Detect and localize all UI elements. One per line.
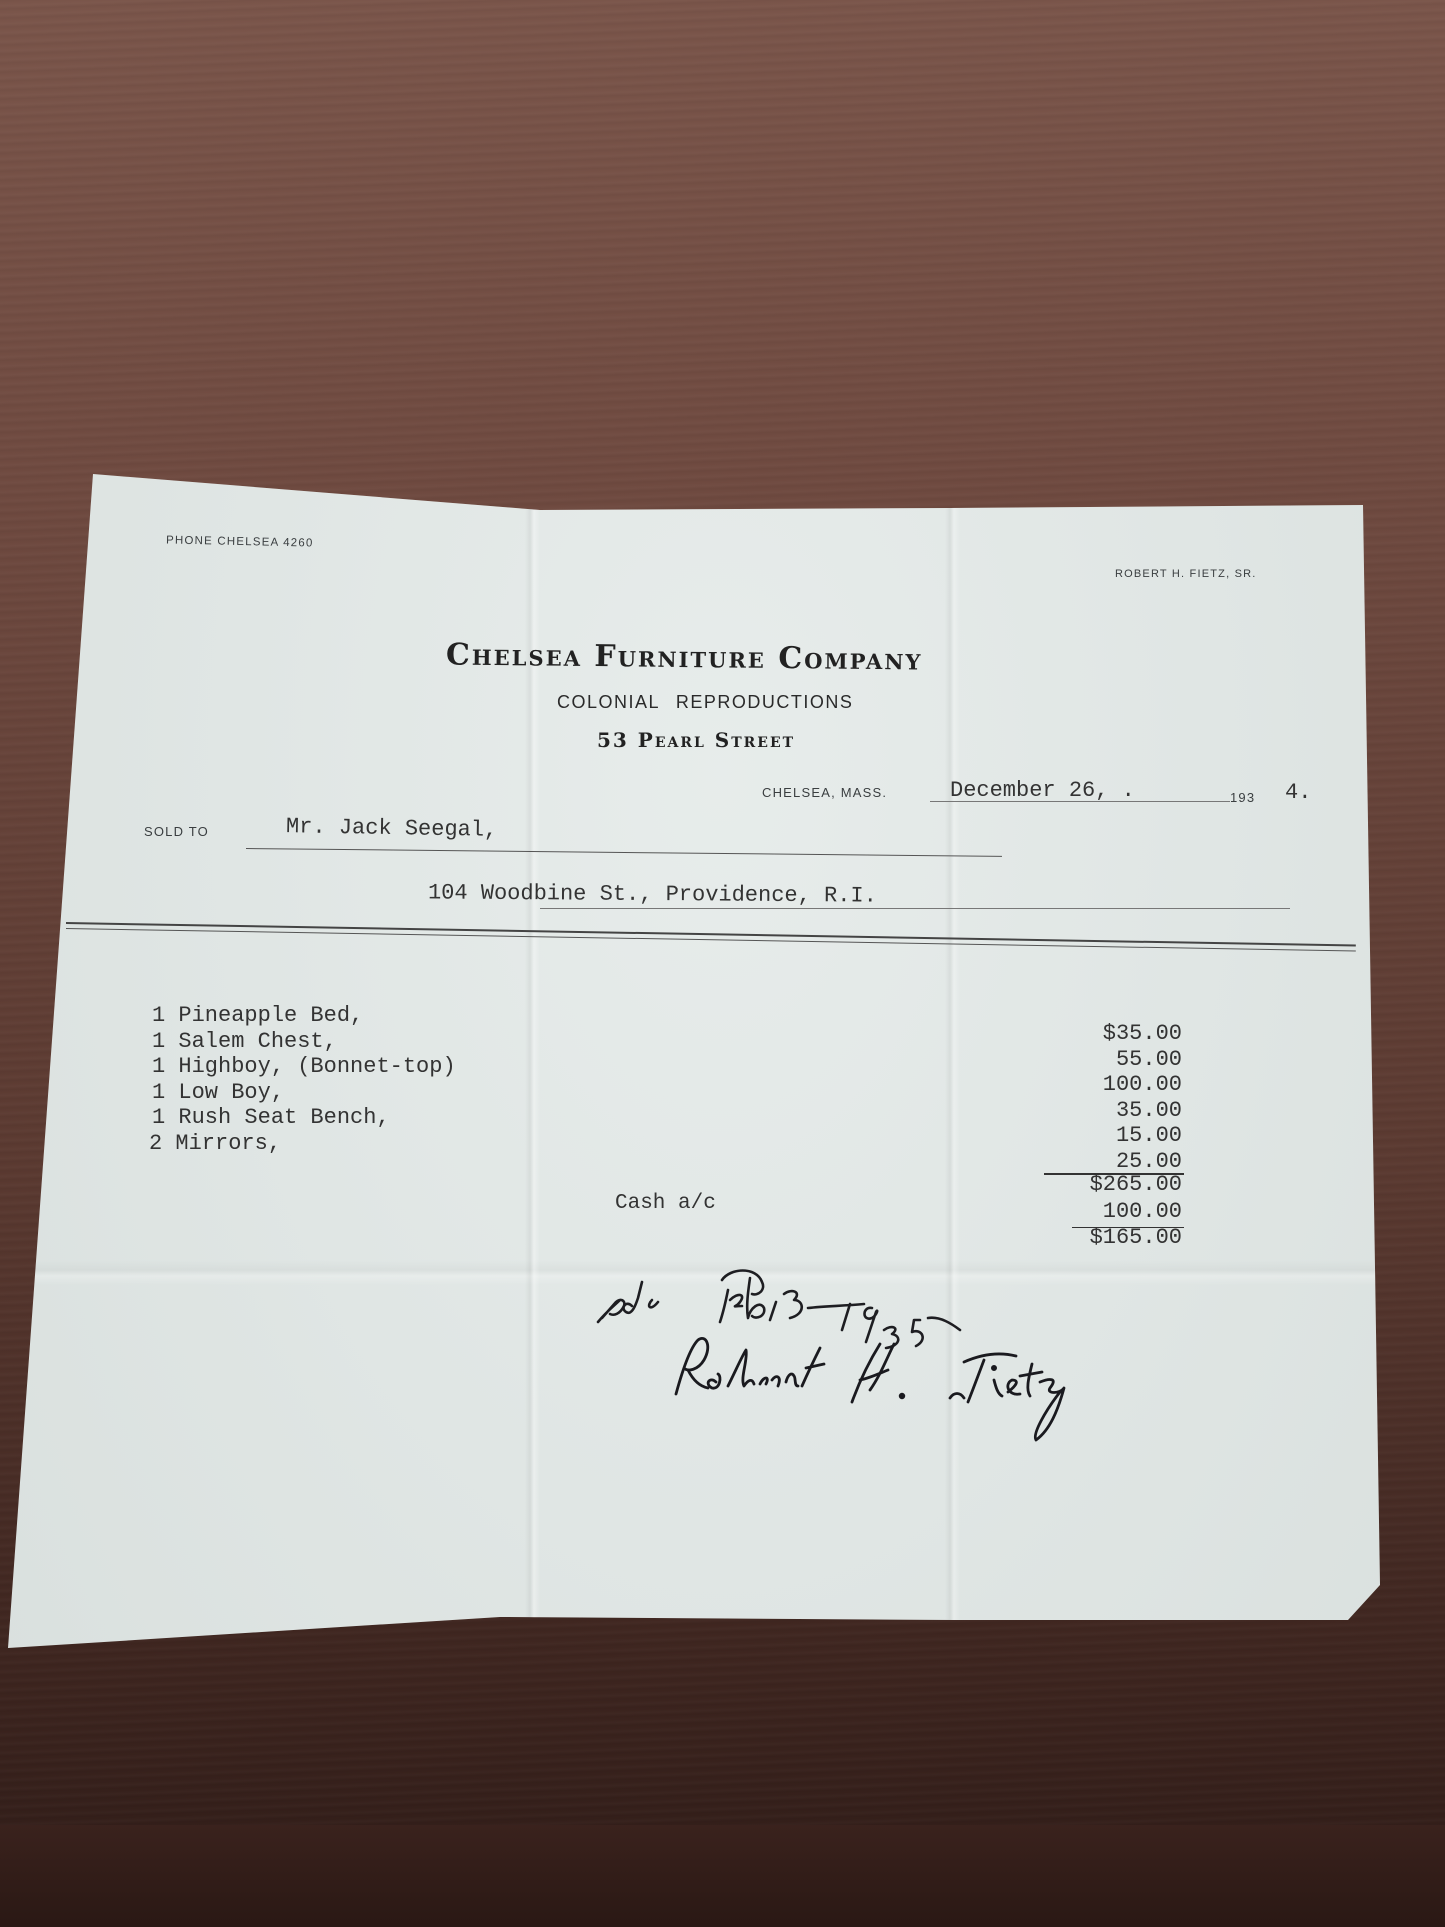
amounts-column: $35.00 55.00 100.00 35.00 15.00 25.00 — [1052, 1021, 1182, 1174]
sold-to-label: SOLD TO — [144, 824, 209, 839]
line-item-amount: 25.00 — [1052, 1149, 1182, 1175]
customer-name: Mr. Jack Seegal, — [286, 814, 498, 843]
place-label: CHELSEA, MASS. — [762, 785, 887, 800]
line-item-amount: 55.00 — [1052, 1047, 1182, 1073]
handwritten-paid-note — [580, 1260, 1100, 1460]
line-item: 1 Salem Chest, — [152, 1029, 456, 1055]
company-street-address: 53 Pearl Street — [597, 728, 795, 752]
line-item-amount: 100.00 — [1052, 1072, 1182, 1098]
invoice-date: December 26, . — [950, 778, 1135, 803]
year-prefix: 193 — [1230, 790, 1255, 805]
phone-number: PHONE CHELSEA 4260 — [166, 534, 314, 549]
line-item: 1 Highboy, (Bonnet-top) — [152, 1054, 456, 1080]
line-item-amount: $35.00 — [1052, 1021, 1182, 1047]
line-items-list: 1 Pineapple Bed, 1 Salem Chest, 1 Highbo… — [152, 1003, 456, 1156]
line-item-amount: 15.00 — [1052, 1123, 1182, 1149]
wooden-table-surface — [0, 1825, 1445, 1927]
payment-amount: 100.00 — [1052, 1199, 1182, 1224]
line-item: 2 Mirrors, — [149, 1131, 456, 1157]
line-item: 1 Low Boy, — [152, 1080, 456, 1106]
line-item: 1 Rush Seat Bench, — [152, 1105, 456, 1131]
proprietor-name: ROBERT H. FIETZ, SR. — [1115, 568, 1257, 580]
sold-to-underline — [246, 848, 1002, 857]
payment-label: Cash a/c — [615, 1192, 716, 1215]
subtotal-amount: $265.00 — [1052, 1172, 1182, 1197]
line-item: 1 Pineapple Bed, — [152, 1003, 456, 1029]
customer-address: 104 Woodbine St., Providence, R.I. — [428, 880, 877, 908]
address-underline — [540, 908, 1290, 909]
date-underline — [930, 801, 1230, 802]
balance-amount: $165.00 — [1052, 1225, 1182, 1250]
company-tagline: COLONIAL REPRODUCTIONS — [557, 692, 853, 713]
company-name: Chelsea Furniture Company — [446, 638, 923, 678]
invoice-paper: PHONE CHELSEA 4260 ROBERT H. FIETZ, SR. … — [0, 0, 1445, 1927]
header-divider-bottom — [66, 928, 1356, 952]
year-suffix: 4. — [1285, 780, 1311, 805]
header-divider-top — [66, 922, 1356, 947]
line-item-amount: 35.00 — [1052, 1098, 1182, 1124]
